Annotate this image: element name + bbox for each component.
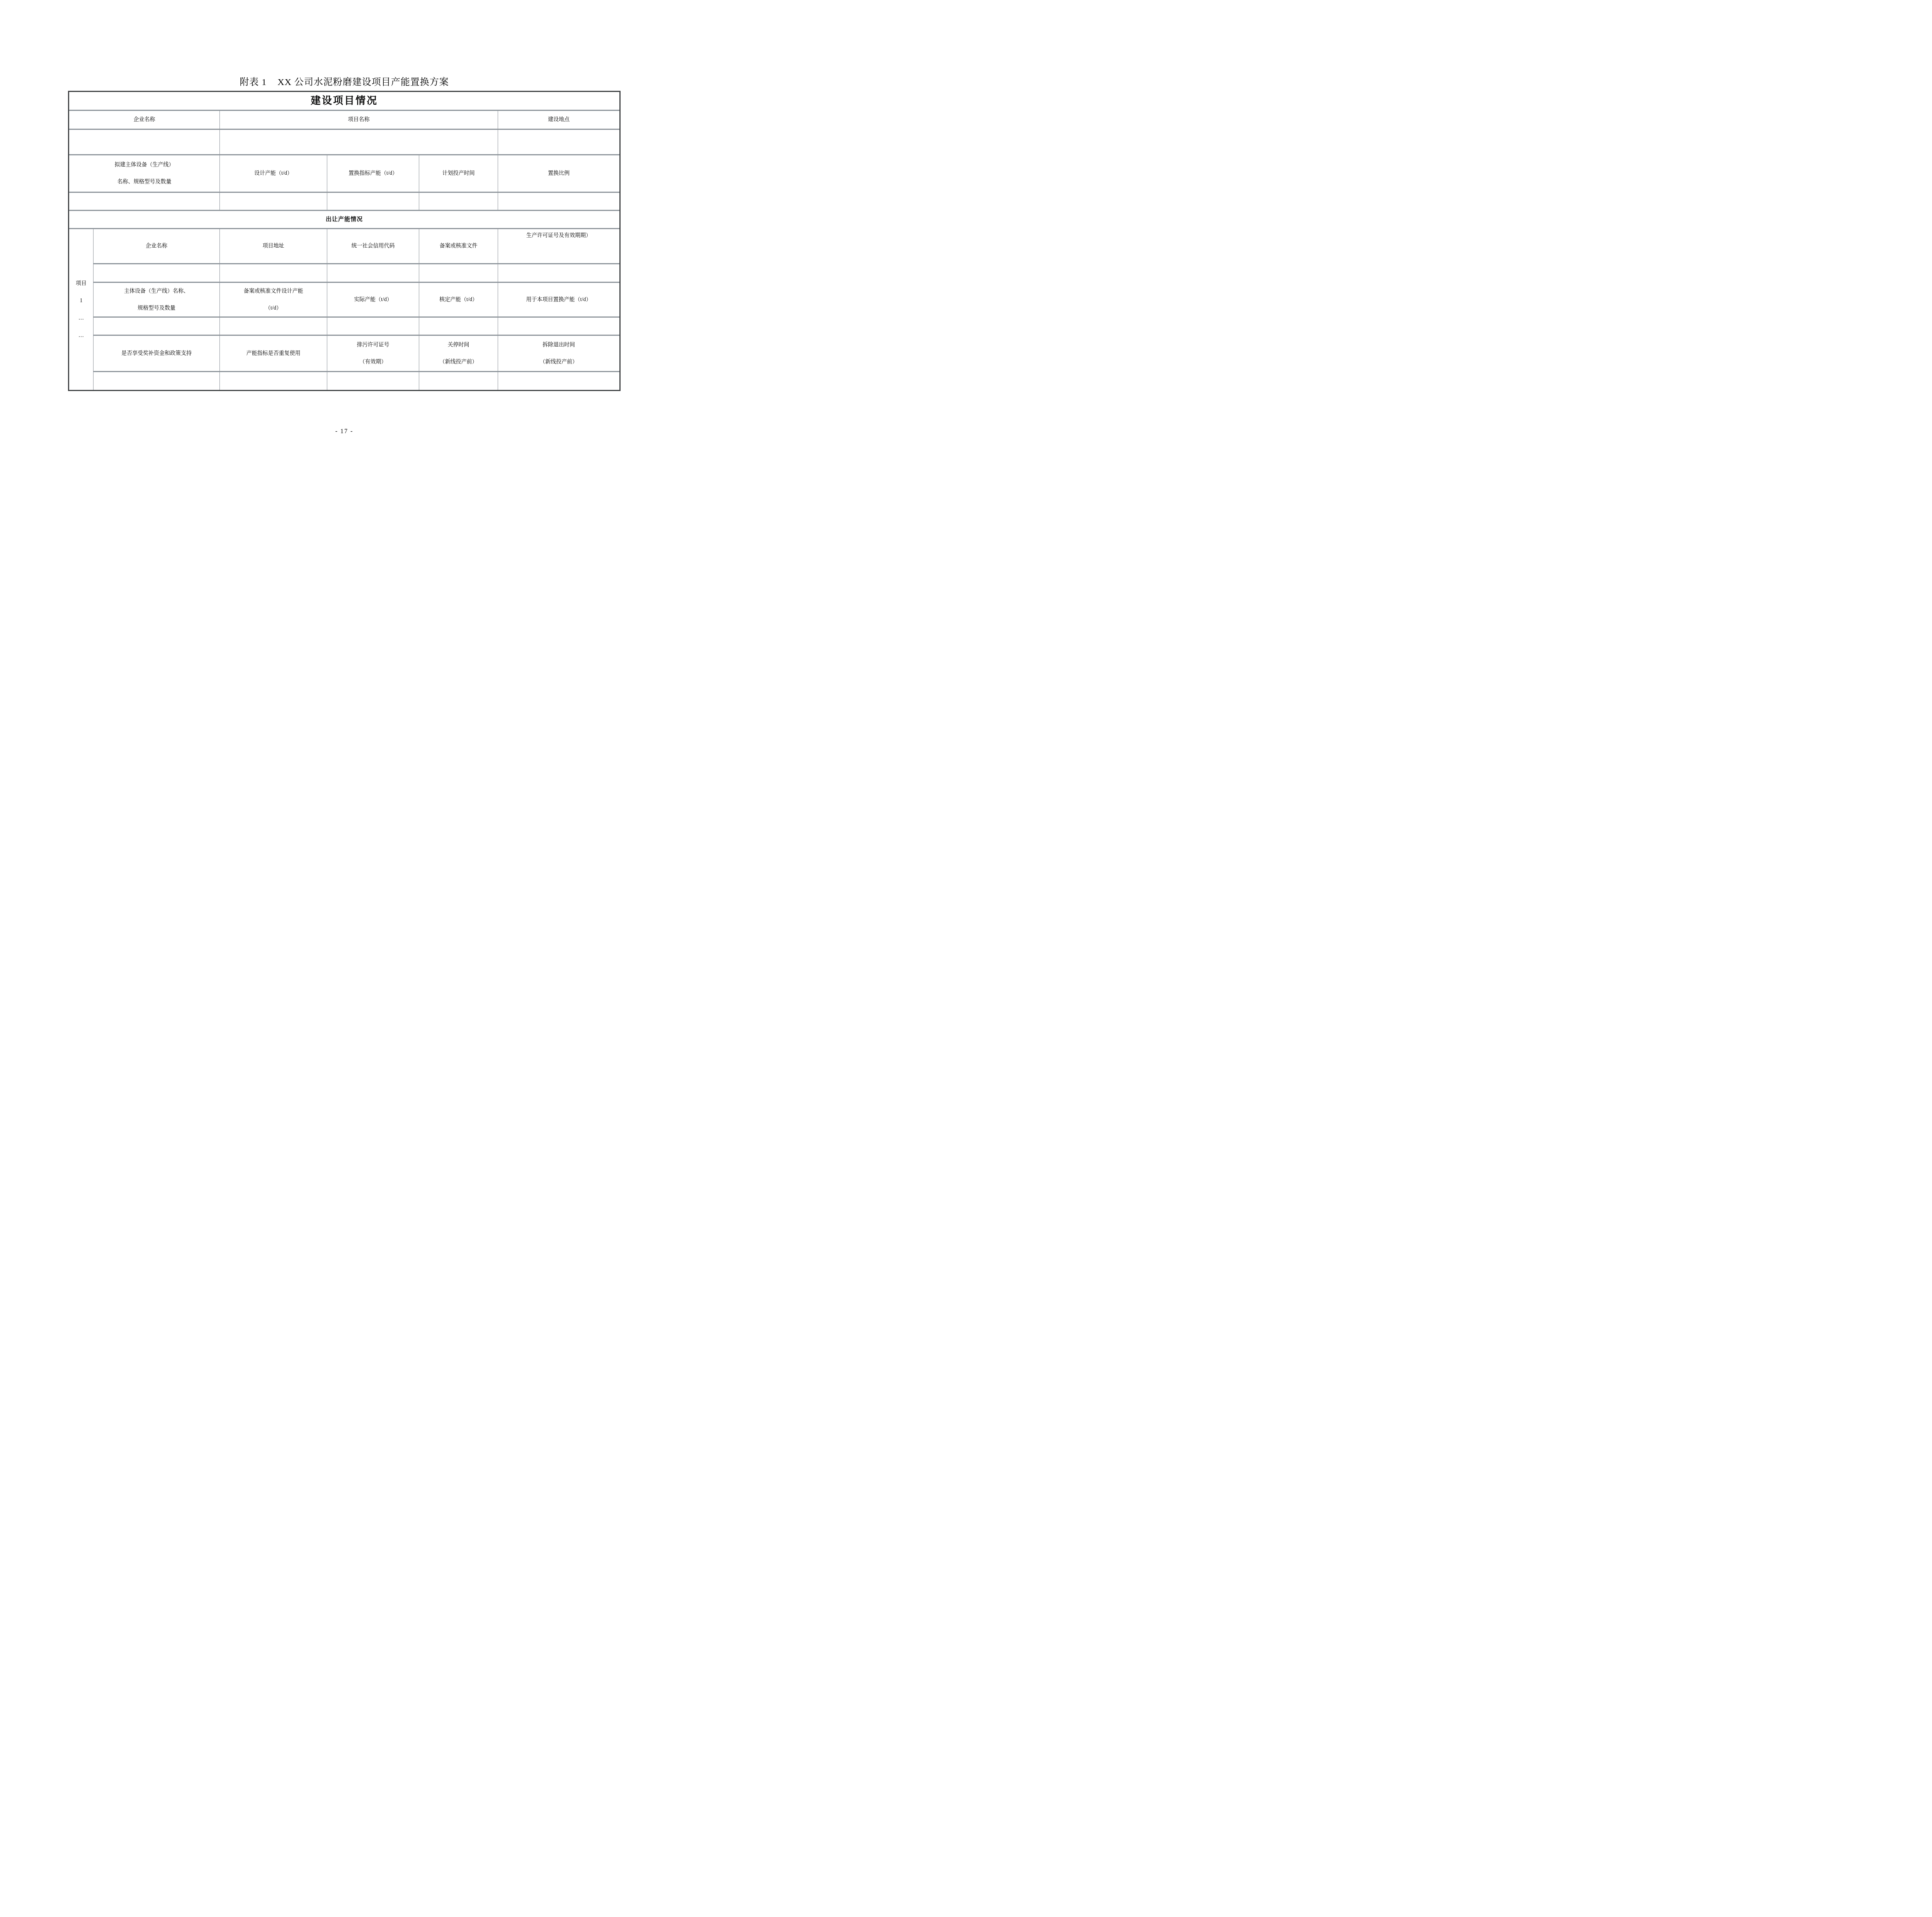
value-cell-capacity-index-reuse xyxy=(220,372,327,390)
row-basic-headers: 企业名称 项目名称 建设地点 xyxy=(69,110,619,129)
header-filed-design-capacity: 备案或核准文件设计产能 （t/d） xyxy=(220,283,327,316)
header-demolition-exit-time: 拆除退出时间 （新线投产前） xyxy=(498,336,619,371)
value-cell-enterprise-name xyxy=(69,130,220,154)
value-cell-shutdown-time xyxy=(419,372,498,390)
value-cell-pollution-discharge-permit xyxy=(327,372,419,390)
header-planned-production-time: 计划投产时间 xyxy=(419,155,498,192)
capacity-replacement-table: 建设项目情况 企业名称 项目名称 建设地点 拟建主体设备（生产线） 名称、规格型… xyxy=(68,91,621,391)
value-cell-filed-design-capacity xyxy=(220,318,327,335)
header-production-license: 生产许可证号及有效期期） xyxy=(498,229,619,263)
row-transfer-values-3 xyxy=(94,371,619,390)
value-cell-construction-site xyxy=(498,130,619,154)
row-transfer-headers-3: 是否享受奖补资金和政策支持 产能指标是否重复使用 排污许可证号 （有效期） 关停… xyxy=(94,335,619,371)
header-enterprise-name: 企业名称 xyxy=(69,111,220,129)
header-capacity-used-for-replacement: 用于本项目置换产能（t/d） xyxy=(498,283,619,316)
header-replacement-index-capacity: 置换指标产能（t/d） xyxy=(327,155,419,192)
value-cell-production-license xyxy=(498,264,619,282)
header-approved-capacity: 核定产能（t/d） xyxy=(419,283,498,316)
header-filing-or-approval-document: 备案或核准文件 xyxy=(419,229,498,263)
header-project-name: 项目名称 xyxy=(220,111,498,129)
value-cell-capacity-used-for-replacement xyxy=(498,318,619,335)
header-replacement-ratio: 置换比例 xyxy=(498,155,619,192)
row-build-values xyxy=(69,192,619,210)
header-construction-site: 建设地点 xyxy=(498,111,619,129)
value-cell-subsidy-policy-support xyxy=(94,372,220,390)
project-index-ellipsis-2: … xyxy=(78,327,84,344)
header-shutdown-time: 关停时间 （新线投产前） xyxy=(419,336,498,371)
transferred-capacity-rows: 企业名称 项目地址 统一社会信用代码 备案或核准文件 生产许可证号及有效期期） … xyxy=(94,229,619,390)
row-transfer-headers-1: 企业名称 项目地址 统一社会信用代码 备案或核准文件 生产许可证号及有效期期） xyxy=(94,229,619,263)
value-cell-unified-social-credit-code xyxy=(327,264,419,282)
header-planned-main-equipment: 拟建主体设备（生产线） 名称、规格型号及数量 xyxy=(69,155,220,192)
row-build-headers: 拟建主体设备（生产线） 名称、规格型号及数量 设计产能（t/d） 置换指标产能（… xyxy=(69,154,619,192)
value-cell-demolition-exit-time xyxy=(498,372,619,390)
value-cell-transfer-enterprise-name xyxy=(94,264,220,282)
header-design-capacity: 设计产能（t/d） xyxy=(220,155,327,192)
header-actual-capacity: 实际产能（t/d） xyxy=(327,283,419,316)
value-cell-planned-main-equipment xyxy=(69,193,220,210)
value-cell-planned-production-time xyxy=(419,193,498,210)
value-cell-replacement-ratio xyxy=(498,193,619,210)
header-subsidy-policy-support: 是否享受奖补资金和政策支持 xyxy=(94,336,220,371)
value-cell-approved-capacity xyxy=(419,318,498,335)
header-project-address: 项目地址 xyxy=(220,229,327,263)
section-header-construction-project: 建设项目情况 xyxy=(69,92,619,110)
page-number: - 17 - xyxy=(68,428,621,435)
project-index-number: 1 xyxy=(80,292,83,310)
value-cell-project-name xyxy=(220,130,498,154)
row-transfer-values-1 xyxy=(94,263,619,282)
value-cell-filing-or-approval-document xyxy=(419,264,498,282)
value-cell-design-capacity xyxy=(220,193,327,210)
header-main-equipment: 主体设备（生产线）名称、 规格型号及数量 xyxy=(94,283,220,316)
row-section2: 出让产能情况 xyxy=(69,210,619,228)
project-index-cell: 项目 1 … … xyxy=(69,229,94,390)
value-cell-project-address xyxy=(220,264,327,282)
value-cell-actual-capacity xyxy=(327,318,419,335)
table-caption: 附表 1 XX 公司水泥粉磨建设项目产能置换方案 xyxy=(68,74,621,88)
row-basic-values xyxy=(69,129,619,154)
row-transfer-headers-2: 主体设备（生产线）名称、 规格型号及数量 备案或核准文件设计产能 （t/d） 实… xyxy=(94,282,619,316)
header-transfer-enterprise-name: 企业名称 xyxy=(94,229,220,263)
value-cell-replacement-index-capacity xyxy=(327,193,419,210)
project-index-ellipsis-1: … xyxy=(78,310,84,327)
value-cell-main-equipment xyxy=(94,318,220,335)
project-index-label: 项目 xyxy=(76,275,87,292)
section-header-transferred-capacity: 出让产能情况 xyxy=(69,211,619,228)
header-unified-social-credit-code: 统一社会信用代码 xyxy=(327,229,419,263)
header-pollution-discharge-permit: 排污许可证号 （有效期） xyxy=(327,336,419,371)
row-transfer-values-2 xyxy=(94,316,619,335)
row-section1: 建设项目情况 xyxy=(69,92,619,110)
transferred-capacity-block: 项目 1 … … 企业名称 项目地址 统一社会信用代码 备案或核准文件 生产许可… xyxy=(69,228,619,390)
header-capacity-index-reuse: 产能指标是否重复使用 xyxy=(220,336,327,371)
